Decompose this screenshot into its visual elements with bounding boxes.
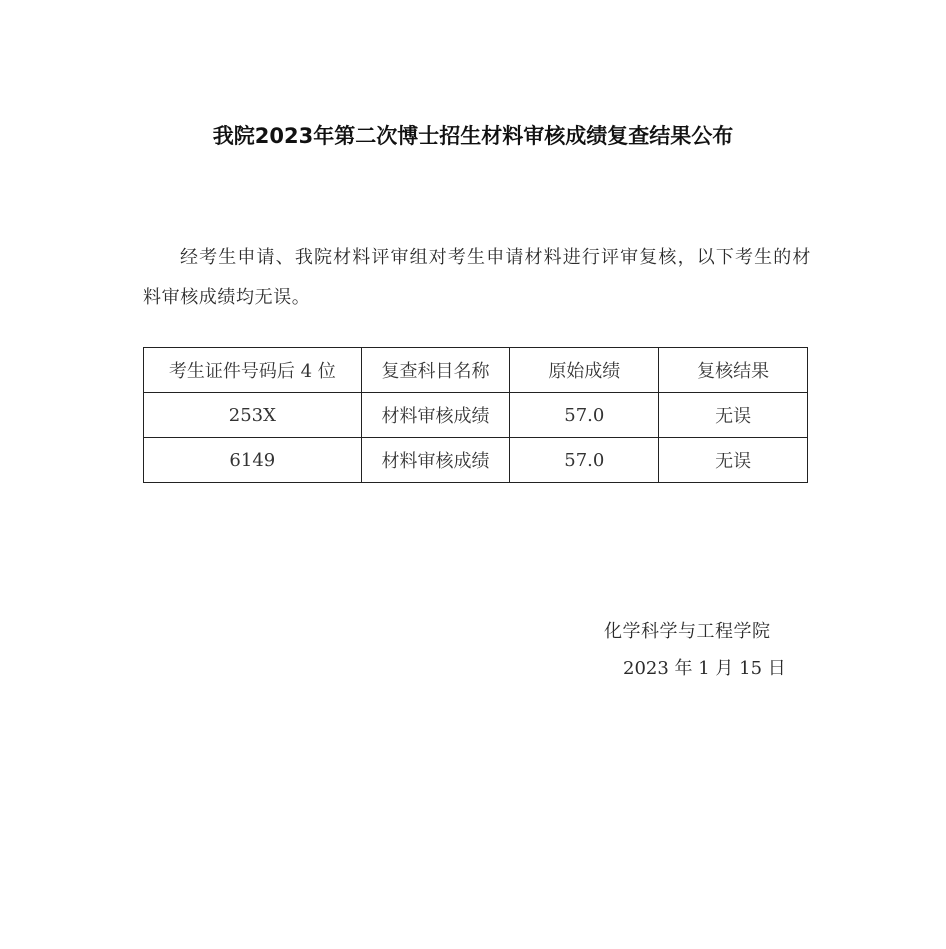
cell-subject: 材料审核成绩 (361, 438, 510, 483)
header-id-last4: 考生证件号码后 4 位 (144, 348, 362, 393)
signature-date: 2023 年 1 月 15 日 (623, 654, 786, 680)
cell-review-result: 无误 (659, 438, 808, 483)
header-review-result: 复核结果 (659, 348, 808, 393)
header-subject: 复查科目名称 (361, 348, 510, 393)
signature-organization: 化学科学与工程学院 (604, 617, 771, 643)
cell-original-score: 57.0 (510, 438, 659, 483)
cell-subject: 材料审核成绩 (361, 393, 510, 438)
body-paragraph: 经考生申请、我院材料评审组对考生申请材料进行评审复核，以下考生的材料审核成绩均无… (143, 238, 811, 318)
table-row: 6149 材料审核成绩 57.0 无误 (144, 438, 808, 483)
cell-id-last4: 253X (144, 393, 362, 438)
document-title: 我院2023年第二次博士招生材料审核成绩复查结果公布 (0, 120, 946, 150)
table-header-row: 考生证件号码后 4 位 复查科目名称 原始成绩 复核结果 (144, 348, 808, 393)
cell-id-last4: 6149 (144, 438, 362, 483)
cell-original-score: 57.0 (510, 393, 659, 438)
cell-review-result: 无误 (659, 393, 808, 438)
header-original-score: 原始成绩 (510, 348, 659, 393)
table-row: 253X 材料审核成绩 57.0 无误 (144, 393, 808, 438)
review-results-table: 考生证件号码后 4 位 复查科目名称 原始成绩 复核结果 253X 材料审核成绩… (143, 347, 808, 483)
